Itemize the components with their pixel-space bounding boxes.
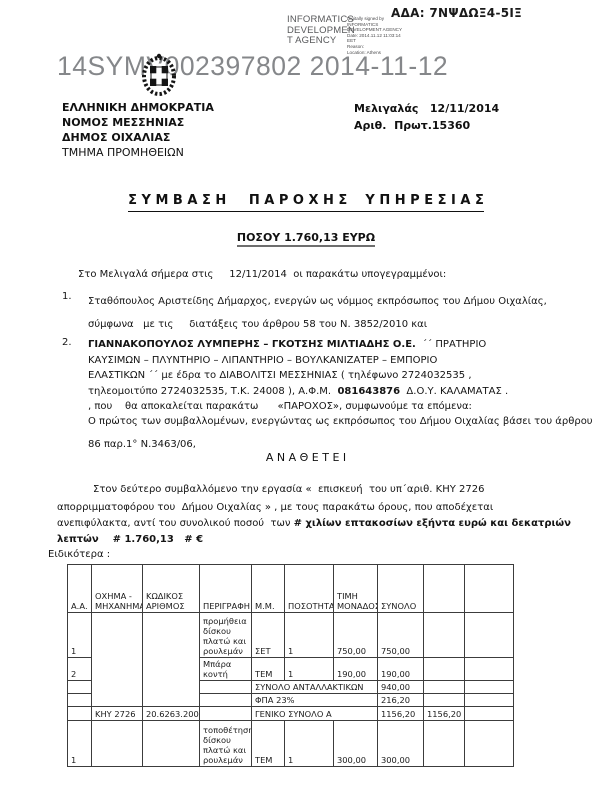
contract-document-page: ΑΔΑ: 7ΝΨΔΩΞ4-5ΙΞ INFORMATICS DEVELOPMEN …	[0, 0, 612, 792]
cell-aa: 2	[68, 658, 92, 681]
work-description: απορριμματοφόρου του Δήμου Οιχαλίας » , …	[57, 500, 571, 547]
table-header-row: Α.Α. ΟΧΗΜΑ - ΜΗΧΑΝΗΜΑ ΚΩΔΙΚΟΣ ΑΡΙΘΜΟΣ ΠΕ…	[68, 565, 514, 613]
cell-aa: 1	[68, 721, 92, 767]
issuer-letterhead: ΕΛΛΗΝΙΚΗ ΔΗΜΟΚΡΑΤΙΑ ΝΟΜΟΣ ΜΕΣΣΗΝΙΑΣ ΔΗΜΟ…	[62, 100, 214, 160]
party-2-line-pre: τηλεομοιτύπο 2724032535, Τ.Κ. 24008 ), Α…	[88, 386, 337, 397]
work-description-line: Στον δεύτερο συμβαλλόμενο την εργασία « …	[93, 484, 484, 495]
party-2-line: ΕΛΑΣΤΙΚΩΝ ΄΄ με έδρα το ΔΙΑΒΟΛΙΤΣΙ ΜΕΣΣΗ…	[88, 368, 508, 384]
cell-blank	[465, 707, 514, 721]
intro-paragraph: Στο Μελιγαλά σήμερα στις 12/11/2014 οι π…	[78, 269, 446, 280]
agency-line: T AGENCY	[287, 36, 355, 47]
items-table: Α.Α. ΟΧΗΜΑ - ΜΗΧΑΝΗΜΑ ΚΩΔΙΚΟΣ ΑΡΙΘΜΟΣ ΠΕ…	[67, 564, 514, 767]
col-header-blank	[424, 565, 465, 613]
cell-blank	[465, 694, 514, 707]
cell-desc	[200, 707, 252, 721]
contract-title-row: Σ Υ Μ Β Α Σ Η Π Α Ρ Ο Χ Η Σ Υ Π Η Ρ Ε Σ …	[0, 189, 612, 212]
party-2-text: ΓΙΑΝΝΑΚΟΠΟΥΛΟΣ ΛΥΜΠΕΡΗΣ – ΓΚΟΤΣΗΣ ΜΙΛΤΙΑ…	[88, 337, 508, 415]
party-1-number: 1.	[62, 291, 72, 302]
cell-total: 300,00	[378, 721, 424, 767]
cell-aa	[68, 681, 92, 694]
contractor-afm: 081643876	[337, 386, 400, 397]
col-header-qty: ΠΟΣΟΤΗΤΑ	[285, 565, 334, 613]
col-header-code: ΚΩΔΙΚΟΣ ΑΡΙΘΜΟΣ	[143, 565, 200, 613]
digital-signature-details: Digitally signed by INFORMATICS DEVELOPM…	[347, 16, 402, 55]
col-header-mm: Μ.Μ.	[252, 565, 285, 613]
cell-mm: ΤΕΜ	[252, 658, 285, 681]
cell-blank	[424, 613, 465, 658]
work-description-line: ανεπιφύλακτα, αντί του συνολικού ποσού τ…	[57, 516, 571, 532]
contract-amount-subtitle: ΠΟΣΟΥ 1.760,13 ΕΥΡΩ	[237, 231, 375, 247]
greek-coat-of-arms-icon	[139, 51, 179, 99]
eidikotera-label: Ειδικότερα :	[48, 549, 110, 560]
col-header-blank	[465, 565, 514, 613]
issuer-prefecture: ΝΟΜΟΣ ΜΕΣΣΗΝΙΑΣ	[62, 115, 214, 130]
contractor-name: ΓΙΑΝΝΑΚΟΠΟΥΛΟΣ ΛΥΜΠΕΡΗΣ – ΓΚΟΤΣΗΣ ΜΙΛΤΙΑ…	[88, 339, 416, 350]
party-2-number: 2.	[62, 337, 72, 348]
party-2-line: ΚΑΥΣΙΜΩΝ – ΠΛΥΝΤΗΡΙΟ – ΛΙΠΑΝΤΗΡΙΟ – ΒΟΥΛ…	[88, 353, 508, 369]
assignment-clause: Ο πρώτος των συμβαλλομένων, ενεργώντας ω…	[88, 411, 593, 456]
party-2-line-rest: ΄΄ ΠΡΑΤΗΡΙΟ	[416, 339, 486, 350]
cell-mm: ΤΕΜ	[252, 721, 285, 767]
cell-blank	[465, 658, 514, 681]
party-2-line: ΓΙΑΝΝΑΚΟΠΟΥΛΟΣ ΛΥΜΠΕΡΗΣ – ΓΚΟΤΣΗΣ ΜΙΛΤΙΑ…	[88, 337, 508, 353]
cell-qty: 1	[285, 721, 334, 767]
cell-blank	[465, 681, 514, 694]
cell-desc	[200, 694, 252, 707]
contract-amount-row: ΠΟΣΟΥ 1.760,13 ΕΥΡΩ	[0, 226, 612, 247]
table-grand-total-row: ΚΗΥ 2726 20.6263.2001 ΓΕΝΙΚΟ ΣΥΝΟΛΟ Α 11…	[68, 707, 514, 721]
cell-aa: 1	[68, 613, 92, 658]
anathetei-heading: Α Ν Α Θ Ε Τ Ε Ι	[0, 451, 612, 464]
cell-vehicle: ΚΗΥ 2726	[92, 707, 143, 721]
cell-total: 190,00	[378, 658, 424, 681]
table-row: 1 τοποθέτηση δίσκου πλατώ και ρουλεμάν Τ…	[68, 721, 514, 767]
col-header-unit-price: ΤΙΜΗ ΜΟΝΑΔΟΣ	[334, 565, 378, 613]
grand-total-value: 1156,20	[378, 707, 424, 721]
cell-desc: Μπάρα κοντή	[200, 658, 252, 681]
cell-blank	[424, 721, 465, 767]
cell-desc: τοποθέτηση δίσκου πλατώ και ρουλεμάν	[200, 721, 252, 767]
cell-code: 20.6263.2001	[143, 707, 200, 721]
subtotal-label: ΣΥΝΟΛΟ ΑΝΤΑΛΛΑΚΤΙΚΩΝ	[252, 681, 378, 694]
contract-title: Σ Υ Μ Β Α Σ Η Π Α Ρ Ο Χ Η Σ Υ Π Η Ρ Ε Σ …	[128, 193, 484, 212]
cell-blank	[424, 694, 465, 707]
party-1-text: Σταθόπουλος Αριστείδης Δήμαρχος, ενεργών…	[88, 291, 547, 336]
issuer-state: ΕΛΛΗΝΙΚΗ ΔΗΜΟΚΡΑΤΙΑ	[62, 100, 214, 115]
issuer-municipality: ΔΗΜΟΣ ΟΙΧΑΛΙΑΣ	[62, 130, 214, 145]
signing-agency-name: INFORMATICS DEVELOPMEN T AGENCY	[287, 15, 355, 47]
party-2-line-post: Δ.Ο.Υ. ΚΑΛΑΜΑΤΑΣ .	[400, 386, 508, 397]
protocol-number: Αριθ. Πρωτ.15360	[354, 117, 499, 134]
col-header-vehicle: ΟΧΗΜΑ - ΜΗΧΑΝΗΜΑ	[92, 565, 143, 613]
issuer-department: ΤΜΗΜΑ ΠΡΟΜΗΘΕΙΩΝ	[62, 145, 214, 160]
amount-in-words: # χιλίων επτακοσίων εξήντα ευρώ και δεκα…	[294, 518, 571, 529]
subtotal-value: 940,00	[378, 681, 424, 694]
cell-qty: 1	[285, 658, 334, 681]
cell-aa	[68, 694, 92, 707]
cell-unit-price: 300,00	[334, 721, 378, 767]
cell-vehicle	[92, 613, 143, 707]
cell-mm: ΣΕΤ	[252, 613, 285, 658]
cell-qty: 1	[285, 613, 334, 658]
table-row: 1 προμήθεια δίσκου πλατώ και ρουλεμάν ΣΕ…	[68, 613, 514, 658]
assignment-clause-line: Ο πρώτος των συμβαλλομένων, ενεργώντας ω…	[88, 411, 593, 434]
place-date: Μελιγαλάς 12/11/2014	[354, 100, 499, 117]
cell-blank	[465, 613, 514, 658]
cell-blank	[424, 681, 465, 694]
cell-desc	[200, 681, 252, 694]
cell-aa	[68, 707, 92, 721]
work-description-line: απορριμματοφόρου του Δήμου Οιχαλίας » , …	[57, 500, 571, 516]
amount-in-figures: λεπτών # 1.760,13 # €	[57, 532, 571, 548]
ada-code: ΑΔΑ: 7ΝΨΔΩΞ4-5ΙΞ	[391, 6, 522, 20]
party-1-line: σύμφωνα με τις διατάξεις του άρθρου 58 τ…	[88, 314, 547, 337]
cell-unit-price: 750,00	[334, 613, 378, 658]
signature-line: DEVELOPMENT AGENCY	[347, 27, 402, 33]
col-header-aa: Α.Α.	[68, 565, 92, 613]
letterhead-meta: Μελιγαλάς 12/11/2014 Αριθ. Πρωτ.15360	[354, 100, 499, 134]
party-2-line: τηλεομοιτύπο 2724032535, Τ.Κ. 24008 ), Α…	[88, 384, 508, 400]
col-header-total: ΣΥΝΟΛΟ	[378, 565, 424, 613]
cell-blank	[465, 721, 514, 767]
cell-desc: προμήθεια δίσκου πλατώ και ρουλεμάν	[200, 613, 252, 658]
cell-total: 750,00	[378, 613, 424, 658]
vat-value: 216,20	[378, 694, 424, 707]
cell-unit-price: 190,00	[334, 658, 378, 681]
vat-label: ΦΠΑ 23%	[252, 694, 378, 707]
document-id-watermark: 14SYMV002397802 2014-11-12	[57, 51, 448, 82]
cell-code	[143, 721, 200, 767]
grand-total-value-2: 1156,20	[424, 707, 465, 721]
cell-vehicle	[92, 721, 143, 767]
party-1-line: Σταθόπουλος Αριστείδης Δήμαρχος, ενεργών…	[88, 291, 547, 314]
cell-blank	[424, 658, 465, 681]
cell-code	[143, 613, 200, 707]
work-amount-pre: ανεπιφύλακτα, αντί του συνολικού ποσού τ…	[57, 518, 294, 529]
agency-line: INFORMATICS	[287, 15, 355, 26]
grand-total-label: ΓΕΝΙΚΟ ΣΥΝΟΛΟ Α	[252, 707, 378, 721]
col-header-desc: ΠΕΡΙΓΡΑΦΗ	[200, 565, 252, 613]
